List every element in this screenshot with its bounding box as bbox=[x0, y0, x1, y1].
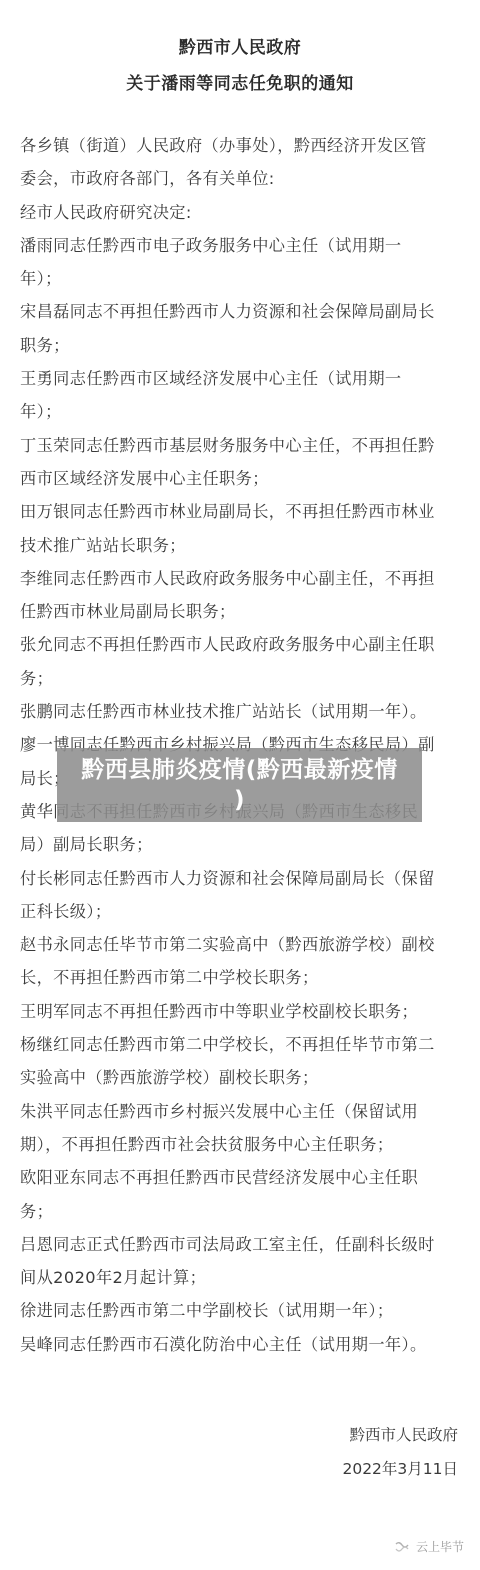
overlay-headline-banner: 黔西县肺炎疫情(黔西最新疫情 ) bbox=[57, 748, 422, 822]
body-line: 王明军同志不再担任黔西市中等职业学校副校长职务； bbox=[20, 995, 462, 1028]
body-line: 欧阳亚东同志不再担任黔西市民营经济发展中心主任职 bbox=[20, 1161, 462, 1194]
body-line: 经市人民政府研究决定: bbox=[20, 196, 462, 229]
body-line: 任黔西市林业局副局长职务； bbox=[20, 595, 462, 628]
source-watermark: 云上毕节 bbox=[394, 1538, 464, 1555]
body-line: 年）； bbox=[20, 395, 462, 428]
body-line: 丁玉荣同志任黔西市基层财务服务中心主任，不再担任黔 bbox=[20, 429, 462, 462]
body-line: 杨继红同志任黔西市第二中学校长，不再担任毕节市第二 bbox=[20, 1028, 462, 1061]
body-line: 务； bbox=[20, 1195, 462, 1228]
body-line: 赵书永同志任毕节市第二实验高中（黔西旅游学校）副校 bbox=[20, 928, 462, 961]
document-body: 各乡镇（街道）人民政府（办事处），黔西经济开发区管 委会，市政府各部门，各有关单… bbox=[20, 129, 462, 1361]
body-line: 徐进同志任黔西市第二中学副校长（试用期一年）； bbox=[20, 1294, 462, 1327]
body-line: 长，不再担任黔西市第二中学校长职务； bbox=[20, 961, 462, 994]
title-subject: 关于潘雨等同志任免职的通知 bbox=[0, 66, 480, 102]
body-line: 吕恩同志正式任黔西市司法局政工室主任，任副科长级时 bbox=[20, 1228, 462, 1261]
body-line: 吴峰同志任黔西市石漠化防治中心主任（试用期一年）。 bbox=[20, 1328, 462, 1361]
body-line: 各乡镇（街道）人民政府（办事处），黔西经济开发区管 bbox=[20, 129, 462, 162]
wechat-channel-icon bbox=[394, 1540, 410, 1554]
banner-line-2: ) bbox=[57, 785, 422, 815]
document-title: 黔西市人民政府 关于潘雨等同志任免职的通知 bbox=[0, 30, 480, 102]
notice-document: 黔西市人民政府 关于潘雨等同志任免职的通知 各乡镇（街道）人民政府（办事处），黔… bbox=[0, 0, 480, 1570]
body-line: 技术推广站站长职务； bbox=[20, 529, 462, 562]
body-line: 潘雨同志任黔西市电子政务服务中心主任（试用期一 bbox=[20, 229, 462, 262]
body-line: 年）； bbox=[20, 262, 462, 295]
signature-issuer: 黔西市人民政府 bbox=[342, 1418, 458, 1452]
body-line: 张允同志不再担任黔西市人民政府政务服务中心副主任职 bbox=[20, 628, 462, 661]
body-line: 间从2020年2月起计算； bbox=[20, 1261, 462, 1294]
signature-block: 黔西市人民政府 2022年3月11日 bbox=[342, 1418, 458, 1486]
body-line: 实验高中（黔西旅游学校）副校长职务； bbox=[20, 1061, 462, 1094]
signature-date: 2022年3月11日 bbox=[342, 1452, 458, 1486]
body-line: 职务； bbox=[20, 329, 462, 362]
watermark-label: 云上毕节 bbox=[416, 1538, 464, 1555]
body-line: 正科长级）； bbox=[20, 895, 462, 928]
body-line: 王勇同志任黔西市区域经济发展中心主任（试用期一 bbox=[20, 362, 462, 395]
body-line: 务； bbox=[20, 662, 462, 695]
body-line: 张鹏同志任黔西市林业技术推广站站长（试用期一年）。 bbox=[20, 695, 462, 728]
body-line: 局）副局长职务； bbox=[20, 828, 462, 861]
body-line: 李维同志任黔西市人民政府政务服务中心副主任，不再担 bbox=[20, 562, 462, 595]
title-issuer: 黔西市人民政府 bbox=[0, 30, 480, 66]
body-line: 西市区域经济发展中心主任职务； bbox=[20, 462, 462, 495]
body-line: 期），不再担任黔西市社会扶贫服务中心主任职务； bbox=[20, 1128, 462, 1161]
banner-line-1: 黔西县肺炎疫情(黔西最新疫情 bbox=[57, 755, 422, 785]
body-line: 委会，市政府各部门，各有关单位: bbox=[20, 162, 462, 195]
body-line: 田万银同志任黔西市林业局副局长，不再担任黔西市林业 bbox=[20, 495, 462, 528]
body-line: 宋昌磊同志不再担任黔西市人力资源和社会保障局副局长 bbox=[20, 295, 462, 328]
body-line: 付长彬同志任黔西市人力资源和社会保障局副局长（保留 bbox=[20, 862, 462, 895]
body-line: 朱洪平同志任黔西市乡村振兴发展中心主任（保留试用 bbox=[20, 1095, 462, 1128]
